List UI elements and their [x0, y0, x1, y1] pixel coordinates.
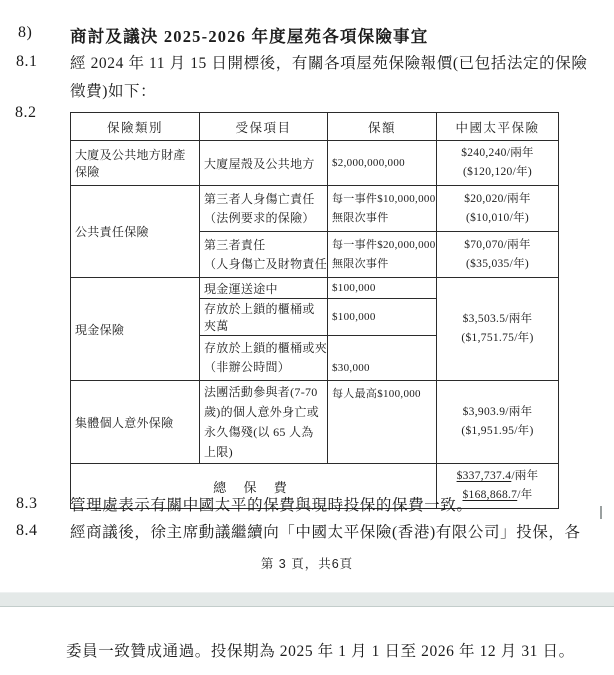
- liability1-premium-biennial: $20,020/兩年: [441, 190, 554, 209]
- column-header-insurer: 中國太平保險: [437, 113, 559, 141]
- section-8-number-text: 8): [18, 24, 32, 41]
- cell-liability1-amount: 每一事件$10,000,000 無限次事件: [328, 186, 437, 232]
- cell-accident-item: 法團活動參與者(7-70 歲)的個人意外身亡或永久傷殘(以 65 人為上限): [200, 381, 328, 464]
- liability1-item-line2: （法例要求的保險）: [204, 209, 323, 228]
- liability2-premium-biennial: $70,070/兩年: [441, 236, 554, 255]
- cell-accident-category: 集體個人意外保險: [71, 381, 200, 464]
- total-biennial-amount: $337,737.4: [457, 470, 512, 482]
- cell-cash1-item: 現金運送途中: [200, 278, 328, 299]
- section-8-title: 商討及議決 2025-2026 年度屋苑各項保險事宜: [70, 23, 428, 47]
- column-header-sum-insured: 保額: [328, 113, 437, 141]
- cell-cash2-amount: $100,000: [328, 299, 437, 336]
- cell-accident-amount: 每人最高$100,000: [328, 381, 437, 464]
- column-header-insured-item: 受保項目: [200, 113, 328, 141]
- page-separator: [0, 592, 614, 607]
- column-header-insurance-type: 保險類別: [71, 113, 200, 141]
- cell-cash1-amount: $100,000: [328, 278, 437, 299]
- section-8-1-text: 經 2024 年 11 月 15 日開標後，有關各項屋苑保險報價(已包括法定的保…: [70, 50, 602, 106]
- liability2-premium-annual: ($35,035/年): [441, 255, 554, 274]
- table-row-liability-1: 公共責任保險 第三者人身傷亡責任 （法例要求的保險） 每一事件$10,000,0…: [71, 186, 559, 232]
- cell-property-amount: $2,000,000,000: [328, 141, 437, 186]
- cell-liability2-amount: 每一事件$20,000,000 無限次事件: [328, 232, 437, 278]
- cell-liability2-premium: $70,070/兩年 ($35,035/年): [437, 232, 559, 278]
- section-8-number: 8): [18, 24, 32, 42]
- accident-premium-biennial: $3,903.9/兩年: [441, 403, 554, 422]
- section-8-2-number: 8.2: [15, 104, 37, 122]
- table-row-accident: 集體個人意外保險 法團活動參與者(7-70 歲)的個人意外身亡或永久傷殘(以 6…: [71, 381, 559, 464]
- cell-cash2-item: 存放於上鎖的櫃桶或夾萬: [200, 299, 328, 336]
- total-biennial-unit: /兩年: [511, 470, 538, 482]
- table-row-property: 大廈及公共地方財產保險 大廈屋殼及公共地方 $2,000,000,000 $24…: [71, 141, 559, 186]
- cell-property-premium: $240,240/兩年 ($120,120/年): [437, 141, 559, 186]
- accident-premium-annual: ($1,951.95/年): [441, 422, 554, 441]
- liability2-item-line1: 第三者責任: [204, 236, 323, 255]
- section-8-3-text: 管理處表示有關中國太平的保費與現時投保的保費一致。: [70, 492, 473, 520]
- liability2-item-line2: （人身傷亡及財物責任）: [204, 255, 323, 274]
- cell-cash3-amount: $30,000: [328, 336, 437, 381]
- liability1-amount-line2: 無限次事件: [332, 209, 432, 228]
- section-8-4-number: 8.4: [16, 522, 38, 540]
- liability2-amount-line2: 無限次事件: [332, 255, 432, 274]
- cell-liability-category: 公共責任保險: [71, 186, 200, 278]
- property-premium-annual: ($120,120/年): [441, 163, 554, 182]
- cash-premium-biennial: $3,503.5/兩年: [441, 310, 554, 329]
- cash-premium-annual: ($1,751.75/年): [441, 329, 554, 348]
- scan-artifact: [600, 506, 602, 519]
- cell-accident-premium: $3,903.9/兩年 ($1,951.95/年): [437, 381, 559, 464]
- insurance-table: 保險類別 受保項目 保額 中國太平保險 大廈及公共地方財產保險 大廈屋殼及公共地…: [70, 112, 559, 509]
- cell-property-item: 大廈屋殼及公共地方: [200, 141, 328, 186]
- liability1-amount-line1: 每一事件$10,000,000: [332, 190, 432, 209]
- liability1-premium-annual: ($10,010/年): [441, 209, 554, 228]
- section-8-3-number: 8.3: [16, 495, 38, 513]
- cell-cash-category: 現金保險: [71, 278, 200, 381]
- liability1-item-line1: 第三者人身傷亡責任: [204, 190, 323, 209]
- cell-liability2-item: 第三者責任 （人身傷亡及財物責任）: [200, 232, 328, 278]
- cell-cash3-item: 存放於上鎖的櫃桶或夾萬 （非辦公時間）: [200, 336, 328, 381]
- cell-property-category: 大廈及公共地方財產保險: [71, 141, 200, 186]
- cash3-item-line2: （非辦公時間）: [204, 358, 323, 377]
- table-header-row: 保險類別 受保項目 保額 中國太平保險: [71, 113, 559, 141]
- cell-liability1-premium: $20,020/兩年 ($10,010/年): [437, 186, 559, 232]
- section-8-1-number: 8.1: [16, 53, 38, 71]
- next-page-paragraph: 委員一致贊成通過。投保期為 2025 年 1 月 1 日至 2026 年 12 …: [66, 638, 575, 666]
- document-page: { "sections": { "s8": { "num": "8)", "ti…: [0, 0, 614, 675]
- property-premium-biennial: $240,240/兩年: [441, 144, 554, 163]
- cash3-item-line1: 存放於上鎖的櫃桶或夾萬: [204, 339, 323, 358]
- page-number-footer: 第 3 頁，共6頁: [0, 554, 614, 572]
- total-annual-unit: /年: [517, 489, 532, 501]
- liability2-amount-line1: 每一事件$20,000,000: [332, 236, 432, 255]
- table-row-cash-1: 現金保險 現金運送途中 $100,000 $3,503.5/兩年 ($1,751…: [71, 278, 559, 299]
- cell-cash-premium: $3,503.5/兩年 ($1,751.75/年): [437, 278, 559, 381]
- section-8-4-text: 經商議後，徐主席動議繼續向「中國太平保險(香港)有限公司」投保，各: [70, 519, 581, 547]
- cell-liability1-item: 第三者人身傷亡責任 （法例要求的保險）: [200, 186, 328, 232]
